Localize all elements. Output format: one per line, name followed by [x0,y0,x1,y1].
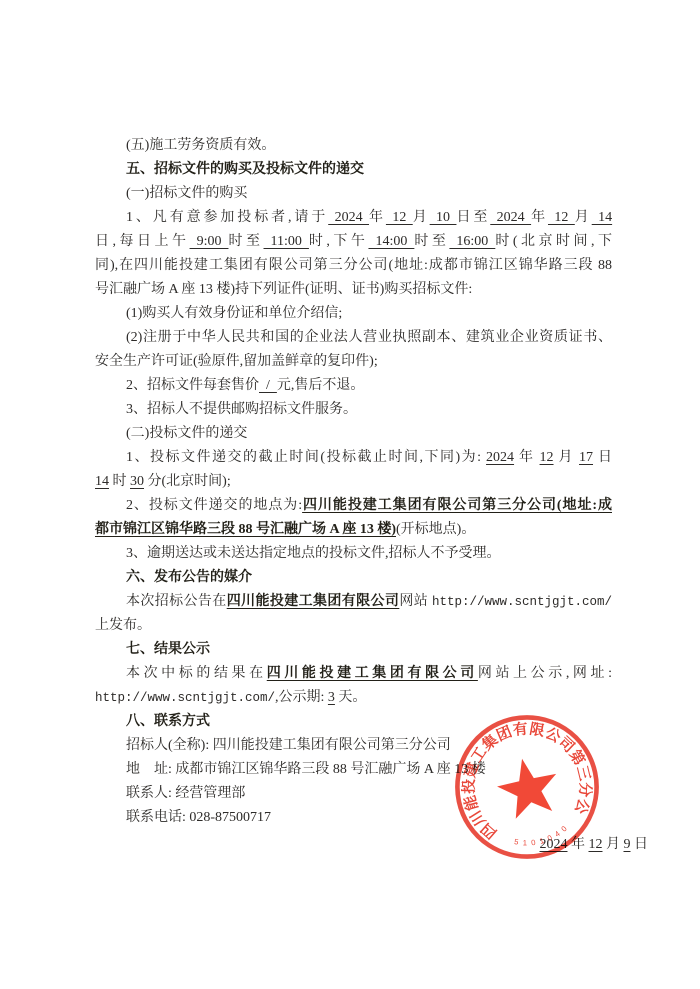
underlined-field: 四川能投建工集团有限公司第三分公司(地址:成 [302,498,612,513]
text-segment: 年 [514,450,539,465]
text-segment: (二)投标文件的递交 [126,426,247,441]
text-segment: 时至 [414,234,449,249]
text-segment: 六、发布公告的媒介 [126,570,252,585]
doc-line: 安全生产许可证(验原件,留加盖鲜章的复印件); [95,350,612,374]
underlined-field: 12 [548,210,575,225]
underlined-field: 11:00 [264,234,309,249]
text-segment: 本次招标公告在 [126,594,227,609]
doc-line: (一)招标文件的购买 [95,182,612,206]
text-segment: 地 址: 成都市锦江区锦华路三段 88 号汇融广场 A 座 13 楼 [126,762,486,777]
underlined-field: 2024 [490,210,531,225]
text-segment: 1、凡有意参加投标者,请于 [126,210,328,225]
doc-line: 号汇融广场 A 座 13 楼)持下列证件(证明、证书)购买招标文件: [95,278,612,302]
underlined-field: 四川能投建工集团有限公司 [227,594,400,609]
doc-line: 2、招标文件每套售价 / 元,售后不退。 [95,374,612,398]
doc-line: 2、投标文件递交的地点为:四川能投建工集团有限公司第三分公司(地址:成 [95,494,612,518]
text-segment: 年 [369,210,386,225]
text-segment: 年 [531,210,548,225]
underlined-field: / [259,378,277,393]
text-segment: 日至 [456,210,490,225]
text-segment: 网站 [399,594,432,609]
underlined-field: 2024 [486,450,514,465]
text-segment: 时(北京时间,下 [495,234,612,249]
doc-line: (二)投标文件的递交 [95,422,612,446]
text-segment: 月 [554,450,579,465]
text-segment: 同),在四川能投建工集团有限公司第三分公司(地址:成都市锦江区锦华路三段 88 [95,258,612,273]
text-segment: ,公示期: [275,690,328,705]
text-segment: 3、招标人不提供邮购招标文件服务。 [126,402,357,417]
underlined-field: 12 [540,450,554,465]
text-segment: 分(北京时间); [144,474,231,489]
company-seal: 四川能投建工集团有限公司第三分公司 5101040233 [440,700,614,874]
doc-line: 3、逾期送达或未送达指定地点的投标文件,招标人不予受理。 [95,542,612,566]
text-segment: 日 [631,837,649,852]
text-segment: (一)招标文件的购买 [126,186,247,201]
doc-line: 1、凡有意参加投标者,请于 2024 年 12 月 10 日至 2024 年 1… [95,206,612,230]
text-segment: (五)施工劳务资质有效。 [126,138,275,153]
text-segment: 3、逾期送达或未送达指定地点的投标文件,招标人不予受理。 [126,546,501,561]
text-segment: 号汇融广场 A 座 13 楼)持下列证件(证明、证书)购买招标文件: [95,282,472,297]
text-segment: 本次中标的结果在 [126,666,267,681]
doc-line: 七、结果公示 [95,638,612,662]
text-segment: 时 [109,474,130,489]
text-segment: (开标地点)。 [396,522,475,537]
text-segment: 安全生产许可证(验原件,留加盖鲜章的复印件); [95,354,378,369]
text-segment: 网站上公示,网址: [478,666,612,681]
doc-line: 14 时 30 分(北京时间); [95,470,612,494]
underlined-field: 17 [579,450,593,465]
text-segment: 2、招标文件每套售价 [126,378,259,393]
doc-line: 本次招标公告在四川能投建工集团有限公司网站 http://www.scntjgj… [95,590,612,614]
text-segment: 时至 [228,234,263,249]
underlined-field: 12 [386,210,413,225]
underlined-field: 14 [592,210,612,225]
url-text: http://www.scntjgjt.com/ [95,691,275,705]
text-segment: 联系电话: 028-87500717 [126,810,271,825]
text-segment: 上发布。 [95,618,151,633]
doc-line: (1)购买人有效身份证和单位介绍信; [95,302,612,326]
underlined-field: 16:00 [449,234,495,249]
text-segment: 时,下午 [309,234,369,249]
underlined-field: 2024 [328,210,369,225]
star-icon [493,752,564,821]
underlined-field: 14 [95,474,109,489]
doc-line: 上发布。 [95,614,612,638]
underlined-field: 14:00 [368,234,414,249]
text-segment: 天。 [335,690,367,705]
doc-line: 1、投标文件递交的截止时间(投标截止时间,下同)为: 2024 年 12 月 1… [95,446,612,470]
doc-line: 日,每日上午 9:00 时至 11:00 时,下午 14:00 时至 16:00… [95,230,612,254]
text-segment: 招标人(全称): 四川能投建工集团有限公司第三分公司 [126,738,451,753]
text-segment: 日 [593,450,612,465]
text-segment: 2、投标文件递交的地点为: [126,498,302,513]
underlined-field: 9:00 [190,234,229,249]
doc-line: 3、招标人不提供邮购招标文件服务。 [95,398,612,422]
doc-line: (2)注册于中华人民共和国的企业法人营业执照副本、建筑业企业资质证书、 [95,326,612,350]
underlined-field: 四川能投建工集团有限公司 [267,666,478,681]
doc-line: (五)施工劳务资质有效。 [95,134,612,158]
doc-line: 都市锦江区锦华路三段 88 号汇融广场 A 座 13 楼)(开标地点)。 [95,518,612,542]
doc-line: 六、发布公告的媒介 [95,566,612,590]
doc-line: 同),在四川能投建工集团有限公司第三分公司(地址:成都市锦江区锦华路三段 88 [95,254,612,278]
underlined-field: 10 [430,210,457,225]
text-segment: 联系人: 经营管理部 [126,786,245,801]
underlined-field: 9 [624,837,631,852]
doc-line: 五、招标文件的购买及投标文件的递交 [95,158,612,182]
text-segment: (1)购买人有效身份证和单位介绍信; [126,306,342,321]
underlined-field: 都市锦江区锦华路三段 88 号汇融广场 A 座 13 楼) [95,522,396,537]
text-segment: 日,每日上午 [95,234,190,249]
text-segment: 1、投标文件递交的截止时间(投标截止时间,下同)为: [126,450,486,465]
text-segment: 八、联系方式 [126,714,210,729]
text-segment: 月 [575,210,592,225]
underlined-field: 30 [130,474,144,489]
text-segment: 元,售后不退。 [277,378,365,393]
url-text: http://www.scntjgjt.com/ [432,595,612,609]
text-segment: 五、招标文件的购买及投标文件的递交 [126,162,364,177]
text-segment: 月 [413,210,430,225]
underlined-field: 3 [328,690,335,705]
text-segment: (2)注册于中华人民共和国的企业法人营业执照副本、建筑业企业资质证书、 [126,330,612,345]
text-segment: 七、结果公示 [126,642,210,657]
doc-line: 本次中标的结果在四川能投建工集团有限公司网站上公示,网址: [95,662,612,686]
